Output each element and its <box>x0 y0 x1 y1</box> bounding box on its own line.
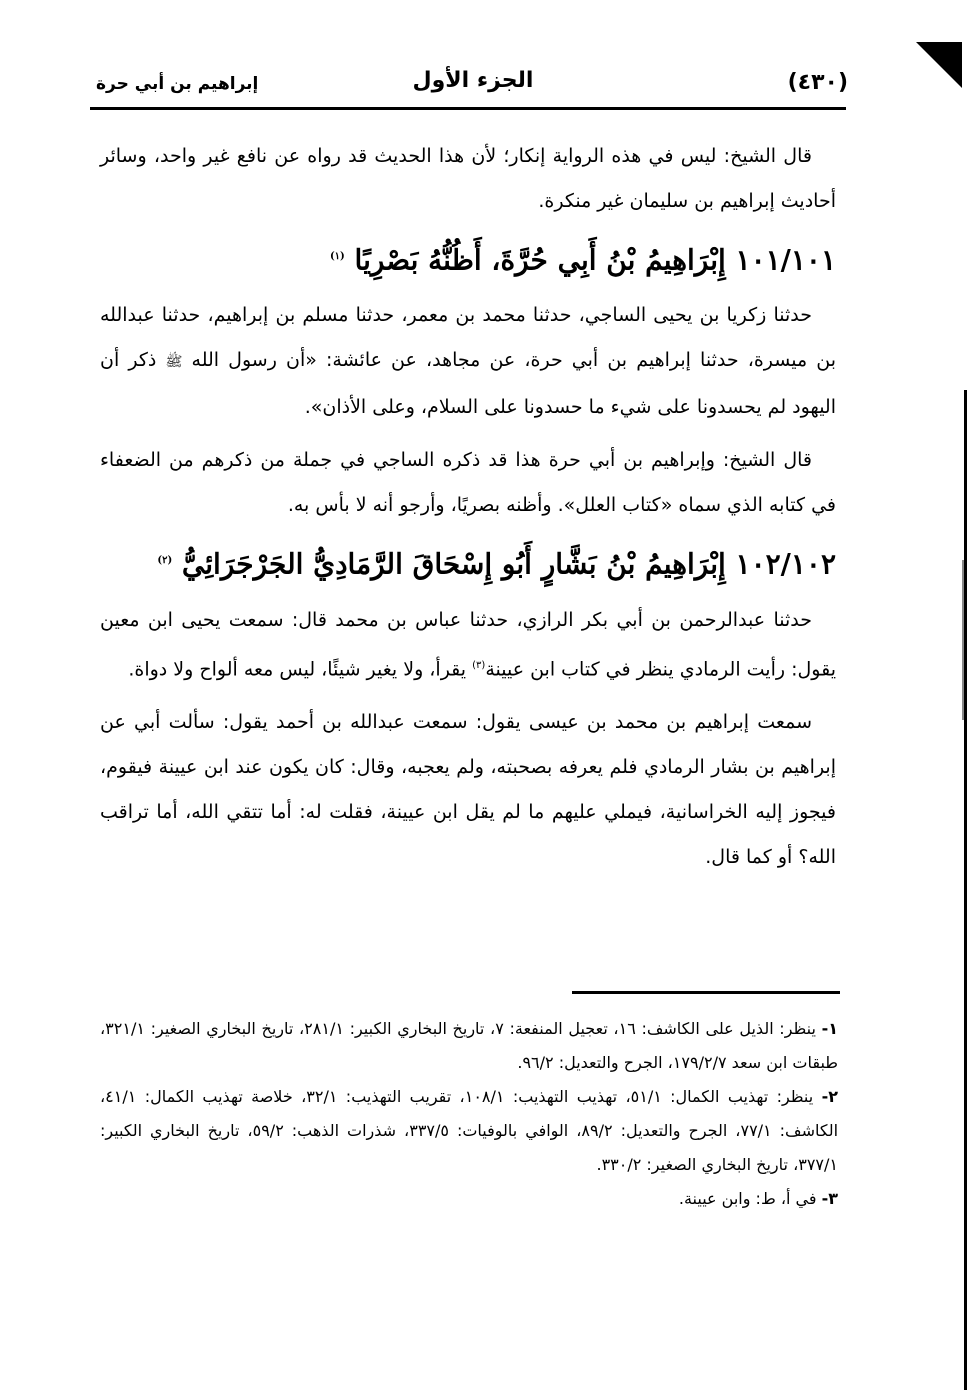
paragraph: حدثنا زكريا بن يحيى الساجي، حدثنا محمد ب… <box>100 293 836 430</box>
footnote-text: في أ، ط: وابن عيينة. <box>679 1189 817 1208</box>
entry-name: إِبْرَاهِيمُ بْنُ أَبِي حُرَّةَ، أَظُنُّ… <box>355 243 726 276</box>
page-edge-shadow-gray <box>962 560 964 720</box>
footnote-ref[interactable]: (٣) <box>472 660 485 671</box>
running-title: إبراهيم بن أبي حرة <box>96 74 258 94</box>
footnote-text: ينظر: الذيل على الكاشف: ١٦، تعجيل المنفع… <box>100 1019 838 1072</box>
main-text: قال الشيخ: ليس في هذه الرواية إنكار؛ لأن… <box>100 134 836 888</box>
footnotes: ١- ينظر: الذيل على الكاشف: ١٦، تعجيل الم… <box>100 1012 838 1216</box>
paragraph-text: حدثنا زكريا بن يحيى الساجي، حدثنا محمد ب… <box>100 304 836 371</box>
footnote-ref[interactable]: (٢) <box>157 555 172 566</box>
header-divider <box>90 107 846 110</box>
footnote-number: ١- <box>822 1019 838 1038</box>
entry-number: ١٠٢/١٠٢ <box>736 548 836 581</box>
footnote-1: ١- ينظر: الذيل على الكاشف: ١٦، تعجيل الم… <box>100 1012 838 1080</box>
footnote-3: ٣- في أ، ط: وابن عيينة. <box>100 1182 838 1216</box>
page-header: (٤٣٠) الجزء الأول إبراهيم بن أبي حرة <box>88 66 858 102</box>
footnote-2: ٢- ينظر: تهذيب الكمال: ٥١/١، تهذيب التهذ… <box>100 1080 838 1182</box>
volume-label: الجزء الأول <box>413 68 534 93</box>
footnote-number: ٣- <box>822 1189 838 1208</box>
paragraph: حدثنا عبدالرحمن بن أبي بكر الرازي، حدثنا… <box>100 598 836 692</box>
footnote-number: ٢- <box>822 1087 838 1106</box>
salawat-glyph-icon: ﷺ <box>165 354 182 370</box>
entry-heading: ١٠٢/١٠٢ إِبْرَاهِيمُ بْنُ بَشَّارٍ أَبُو… <box>100 536 836 589</box>
entry-heading: ١٠١/١٠١ إِبْرَاهِيمُ بْنُ أَبِي حُرَّةَ،… <box>100 232 836 285</box>
footnote-divider <box>572 991 840 994</box>
footnote-ref[interactable]: (١) <box>330 251 345 262</box>
page-edge-shadow <box>964 390 967 1390</box>
paragraph: قال الشيخ: ليس في هذه الرواية إنكار؛ لأن… <box>100 134 836 224</box>
page-number: (٤٣٠) <box>788 70 848 95</box>
page-corner-mark <box>916 42 962 88</box>
entry-number: ١٠١/١٠١ <box>736 243 836 276</box>
entry-name: إِبْرَاهِيمُ بْنُ بَشَّارٍ أَبُو إِسْحَا… <box>182 548 726 581</box>
paragraph-text: يقرأ، ولا يغير شيئًا، ليس معه ألواح ولا … <box>128 658 466 680</box>
paragraph: سمعت إبراهيم بن محمد بن عيسى يقول: سمعت … <box>100 700 836 880</box>
footnote-text: ينظر: تهذيب الكمال: ٥١/١، تهذيب التهذيب:… <box>100 1087 838 1174</box>
paragraph: قال الشيخ: وإبراهيم بن أبي حرة هذا قد ذك… <box>100 438 836 528</box>
